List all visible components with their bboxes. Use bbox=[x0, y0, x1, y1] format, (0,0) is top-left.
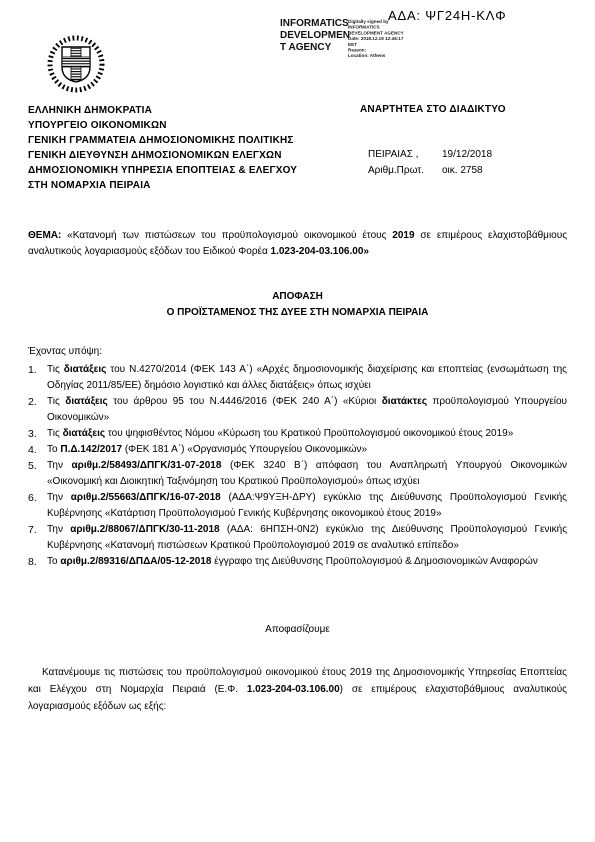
text-segment: Τις bbox=[47, 428, 63, 439]
text-segment: του Ν.4270/2014 (ΦΕΚ 143 Α΄) «Αρχές δημο… bbox=[47, 364, 567, 391]
list-item-text: Το Π.Δ.142/2017 (ΦΕΚ 181 Α΄) «Οργανισμός… bbox=[47, 442, 567, 458]
list-item-text: Το αριθμ.2/89316/ΔΠΔΑ/05-12-2018 έγγραφο… bbox=[47, 554, 567, 570]
list-item: 4. Το Π.Δ.142/2017 (ΦΕΚ 181 Α΄) «Οργανισ… bbox=[28, 442, 567, 458]
list-item-number: 7. bbox=[28, 522, 47, 538]
list-item: 8. Το αριθμ.2/89316/ΔΠΔΑ/05-12-2018 έγγρ… bbox=[28, 554, 567, 570]
text-segment: αριθμ.2/88067/ΔΠΓΚ/30-11-2018 bbox=[70, 524, 219, 535]
list-item-number: 4. bbox=[28, 442, 47, 458]
text-segment: του άρθρου 95 του Ν.4446/2016 (ΦΕΚ 240 Α… bbox=[108, 396, 382, 407]
text-segment: διατάξεις bbox=[64, 364, 107, 375]
text-segment: διατάξεις bbox=[63, 428, 106, 439]
list-item-number: 8. bbox=[28, 554, 47, 570]
text-segment: Την bbox=[47, 524, 70, 535]
list-item-text: Τις διατάξεις του Ν.4270/2014 (ΦΕΚ 143 Α… bbox=[47, 362, 567, 394]
text-segment: Π.Δ.142/2017 bbox=[60, 444, 122, 455]
list-item-text: Την αριθμ.2/55663/ΔΠΓΚ/16-07-2018 (ΑΔΑ:Ψ… bbox=[47, 490, 567, 522]
text-segment: Τις bbox=[47, 396, 65, 407]
place-label: ΠΕΙΡΑΙΑΣ , bbox=[368, 147, 442, 163]
list-item-text: Την αριθμ.2/88067/ΔΠΓΚ/30-11-2018 (ΑΔΑ: … bbox=[47, 522, 567, 554]
list-item: 2. Τις διατάξεις του άρθρου 95 του Ν.444… bbox=[28, 394, 567, 426]
text-segment: έγγραφο της Διεύθυνσης Προϋπολογισμού & … bbox=[211, 556, 537, 567]
text-segment: αριθμ.2/89316/ΔΠΔΑ/05-12-2018 bbox=[60, 556, 211, 567]
text-segment: 2019 bbox=[392, 230, 414, 241]
decision-heading: ΑΠΟΦΑΣΗ Ο ΠΡΟΪΣΤΑΜΕΝΟΣ ΤΗΣ ΔΥΕΕ ΣΤΗ ΝΟΜΑ… bbox=[0, 289, 595, 321]
text-segment: Την bbox=[47, 460, 72, 471]
list-item-text: Τις διατάξεις του ψηφισθέντος Νόμου «Κύρ… bbox=[47, 426, 567, 442]
place-date-block: ΠΕΙΡΑΙΑΣ , 19/12/2018 Αριθμ.Πρωτ. οικ. 2… bbox=[368, 147, 492, 179]
text-segment: αριθμ.2/58493/ΔΠΓΚ/31-07-2018 bbox=[72, 460, 222, 471]
closing-paragraph: Κατανέμουμε τις πιστώσεις του προϋπολογι… bbox=[28, 664, 567, 715]
list-item-number: 1. bbox=[28, 362, 47, 378]
list-item-text: Την αριθμ.2/58493/ΔΠΓΚ/31-07-2018 (ΦΕΚ 3… bbox=[47, 458, 567, 490]
text-segment: Το bbox=[47, 444, 60, 455]
list-item-number: 3. bbox=[28, 426, 47, 442]
text-segment: διατάκτες bbox=[382, 396, 427, 407]
digital-signature-details: Digitally signed by INFORMATICS DEVELOPM… bbox=[348, 19, 443, 59]
legal-references-list: 1. Τις διατάξεις του Ν.4270/2014 (ΦΕΚ 14… bbox=[28, 362, 567, 570]
text-segment: Το bbox=[47, 556, 60, 567]
agency-line-secretariat: ΓΕΝΙΚΗ ΓΡΑΜΜΑΤΕΙΑ ΔΗΜΟΣΙΟΝΟΜΙΚΗΣ ΠΟΛΙΤΙΚ… bbox=[28, 133, 297, 148]
list-item: 1. Τις διατάξεις του Ν.4270/2014 (ΦΕΚ 14… bbox=[28, 362, 567, 394]
text-segment: του ψηφισθέντος Νόμου «Κύρωση του Κρατικ… bbox=[105, 428, 513, 439]
list-item: 6. Την αριθμ.2/55663/ΔΠΓΚ/16-07-2018 (ΑΔ… bbox=[28, 490, 567, 522]
agency-line-ministry: ΥΠΟΥΡΓΕΙΟ ΟΙΚΟΝΟΜΙΚΩΝ bbox=[28, 118, 297, 133]
subject-paragraph: ΘΕΜΑ: «Κατανομή των πιστώσεων του προϋπο… bbox=[28, 228, 567, 260]
list-item-number: 6. bbox=[28, 490, 47, 506]
decision-subtitle: Ο ΠΡΟΪΣΤΑΜΕΝΟΣ ΤΗΣ ΔΥΕΕ ΣΤΗ ΝΟΜΑΡΧΙΑ ΠΕΙ… bbox=[0, 305, 595, 321]
list-item-number: 5. bbox=[28, 458, 47, 474]
text-segment: «Κατανομή των πιστώσεων του προϋπολογισμ… bbox=[67, 230, 392, 241]
signer-line: DEVELOPMEN bbox=[280, 30, 356, 42]
signer-line: T AGENCY bbox=[280, 42, 356, 54]
document-date: 19/12/2018 bbox=[442, 147, 492, 163]
list-item: 7. Την αριθμ.2/88067/ΔΠΓΚ/30-11-2018 (ΑΔ… bbox=[28, 522, 567, 554]
greek-national-emblem-icon bbox=[46, 32, 106, 101]
having-regard-label: Έχοντας υπόψη: bbox=[28, 346, 102, 357]
web-posting-note: ΑΝΑΡΤΗΤΕΑ ΣΤΟ ΔΙΑΔΙΚΤΥΟ bbox=[360, 104, 506, 115]
text-segment: Την bbox=[47, 492, 71, 503]
agency-line-directorate: ΓΕΝΙΚΗ ΔΙΕΥΘΥΝΣΗ ΔΗΜΟΣΙΟΝΟΜΙΚΩΝ ΕΛΕΓΧΩΝ bbox=[28, 148, 297, 163]
list-item-text: Τις διατάξεις του άρθρου 95 του Ν.4446/2… bbox=[47, 394, 567, 426]
digital-signature-signer: INFORMATICS DEVELOPMEN T AGENCY bbox=[280, 18, 356, 54]
list-item: 5. Την αριθμ.2/58493/ΔΠΓΚ/31-07-2018 (ΦΕ… bbox=[28, 458, 567, 490]
list-item-number: 2. bbox=[28, 394, 47, 410]
document-page: ΑΔΑ: ΨΓ24Η-ΚΛΦ INFORMATICS DEVELOPMEN T … bbox=[0, 0, 595, 842]
list-item: 3. Τις διατάξεις του ψηφισθέντος Νόμου «… bbox=[28, 426, 567, 442]
protocol-number: οικ. 2758 bbox=[442, 163, 483, 179]
signature-detail-line: Location: Athens bbox=[348, 53, 443, 59]
agency-line-service: ΔΗΜΟΣΙΟΝΟΜΙΚΗ ΥΠΗΡΕΣΙΑ ΕΠΟΠΤΕΙΑΣ & ΕΛΕΓΧ… bbox=[28, 163, 297, 178]
signer-line: INFORMATICS bbox=[280, 18, 356, 30]
text-segment: αριθμ.2/55663/ΔΠΓΚ/16-07-2018 bbox=[71, 492, 221, 503]
text-segment: 1.023-204-03.106.00» bbox=[271, 246, 369, 257]
text-segment: Τις bbox=[47, 364, 64, 375]
agency-header: ΕΛΛΗΝΙΚΗ ΔΗΜΟΚΡΑΤΙΑ ΥΠΟΥΡΓΕΙΟ ΟΙΚΟΝΟΜΙΚΩ… bbox=[28, 103, 297, 193]
decision-title: ΑΠΟΦΑΣΗ bbox=[0, 289, 595, 305]
decide-word: Αποφασίζουμε bbox=[0, 624, 595, 635]
text-segment: διατάξεις bbox=[65, 396, 108, 407]
text-segment: ΘΕΜΑ: bbox=[28, 230, 67, 241]
text-segment: 1.023-204-03.106.00 bbox=[247, 684, 340, 695]
text-segment: (ΦΕΚ 181 Α΄) «Οργανισμός Υπουργείου Οικο… bbox=[122, 444, 367, 455]
protocol-row: Αριθμ.Πρωτ. οικ. 2758 bbox=[368, 163, 492, 179]
place-date-row: ΠΕΙΡΑΙΑΣ , 19/12/2018 bbox=[368, 147, 492, 163]
protocol-label: Αριθμ.Πρωτ. bbox=[368, 163, 442, 179]
agency-line-prefecture: ΣΤΗ ΝΟΜΑΡΧΙΑ ΠΕΙΡΑΙΑ bbox=[28, 178, 297, 193]
agency-line-republic: ΕΛΛΗΝΙΚΗ ΔΗΜΟΚΡΑΤΙΑ bbox=[28, 103, 297, 118]
